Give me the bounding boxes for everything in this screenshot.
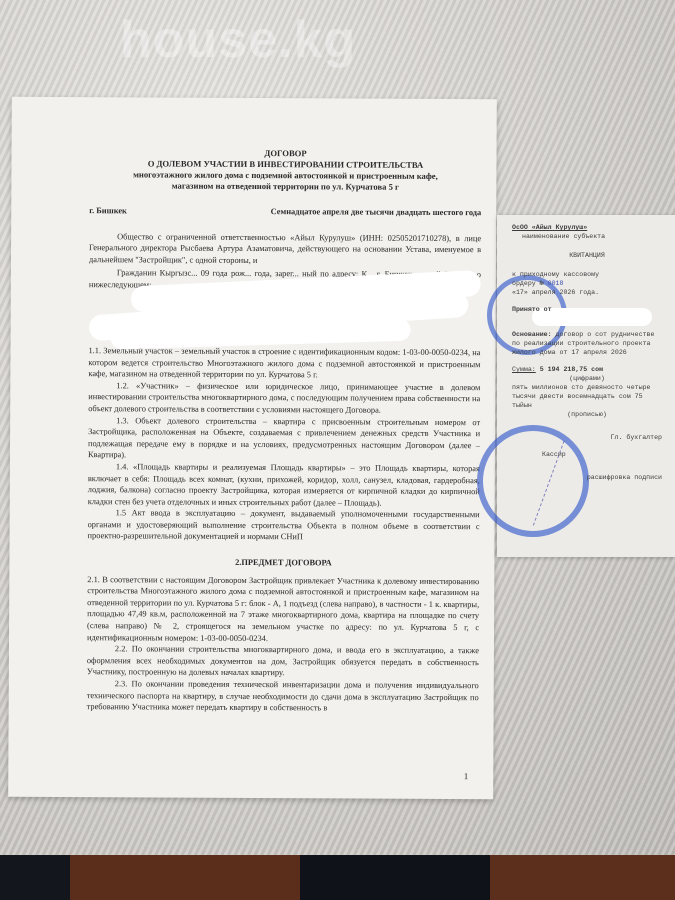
section-2-title: 2.ПРЕДМЕТ ДОГОВОРА	[87, 556, 479, 570]
clause-1-5: 1.5 Акт ввода в эксплуатацию – документ,…	[88, 507, 480, 544]
clause-2-2: 2.2. По окончании строительства многоква…	[87, 643, 479, 680]
floor	[0, 855, 675, 900]
receipt-date: «17» апреля 2026 года.	[512, 288, 662, 297]
clause-1-4: 1.4. «Площадь квартиры и реализуемая Пло…	[88, 461, 480, 509]
contract-page: ДОГОВОР О ДОЛЕВОМ УЧАСТИИ В ИНВЕСТИРОВАН…	[8, 97, 497, 800]
city: г. Бишкек	[89, 205, 127, 217]
place-date-row: г. Бишкек Семнадцатое апреля две тысячи …	[89, 205, 481, 219]
basis-label: Основание:	[512, 331, 552, 338]
contract-title: ДОГОВОР О ДОЛЕВОМ УЧАСТИИ В ИНВЕСТИРОВАН…	[89, 147, 481, 193]
receipt-basis: Основание: договор о сот рудничестве по …	[512, 330, 662, 357]
sum-value: 5 194 218,75 сом	[540, 366, 603, 373]
receipt-org-caption: наименование субъекта	[512, 232, 662, 241]
chief-accountant-label: Гл. бухгалтер	[512, 433, 662, 442]
contract-date: Семнадцатое апреля две тысячи двадцать ш…	[271, 206, 482, 219]
clause-2-1: 2.1. В соответствии с настоящим Договоро…	[87, 574, 479, 646]
receipt-doc-type: КВИТАНЦИЯ	[512, 251, 662, 260]
cash-receipt: ОсОО «Айыл Курулуш» наименование субъект…	[497, 215, 675, 557]
sum-digits-caption: (цифрами)	[512, 374, 662, 383]
title-line: магазином на отведенной территории по ул…	[89, 180, 481, 193]
receipt-sum: Сумма: 5 194 218,75 сом	[512, 365, 662, 374]
order-number: 0018	[548, 280, 564, 287]
receipt-org: ОсОО «Айыл Курулуш»	[512, 223, 662, 232]
receipt-line: к приходному кассовому	[512, 270, 662, 279]
watermark: house.kg	[120, 10, 356, 70]
clause-1-3: 1.3. Объект долевого строительства – ква…	[88, 415, 480, 463]
page-number: 1	[464, 771, 469, 781]
sum-label: Сумма:	[512, 366, 536, 373]
order-label: ордеру №	[512, 280, 544, 287]
clause-1-2: 1.2. «Участник» – физическое или юридиче…	[88, 380, 480, 417]
sum-words: пять миллионов сто девяносто четыре тыся…	[512, 383, 662, 410]
clause-2-3: 2.3. По окончании проведения технической…	[87, 678, 479, 715]
receipt-order: ордеру № 0018	[512, 279, 662, 288]
cashier-label: Кассир	[512, 450, 662, 459]
sum-words-caption: (прописью)	[512, 410, 662, 419]
signature-caption: расшифровка подписи	[512, 473, 662, 482]
clause-1-1: 1.1. Земельный участок – земельный участ…	[88, 345, 480, 382]
party1-paragraph: Общество с ограниченной ответственностью…	[89, 231, 481, 268]
